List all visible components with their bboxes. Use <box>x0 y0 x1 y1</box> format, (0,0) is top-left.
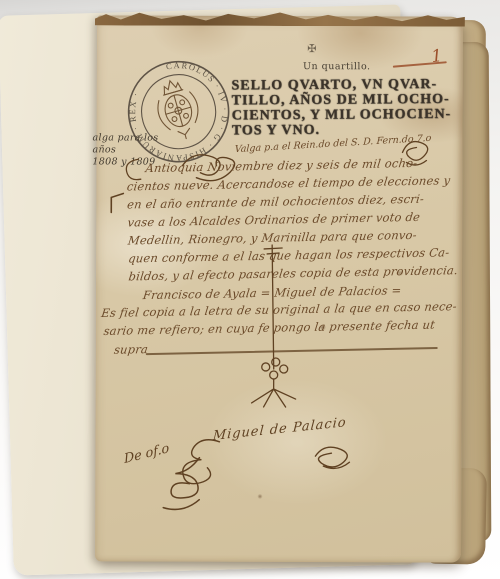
manuscript-line: cientos nueve. Acercandose el tiempo de … <box>126 173 451 193</box>
cross-flourish-doodle <box>244 241 317 429</box>
document-photo: 1 ✠ Un quartillo. SELLO QVARTO, VN QVAR-… <box>0 0 500 579</box>
document-page: 1 ✠ Un quartillo. SELLO QVARTO, VN QVAR-… <box>95 15 463 562</box>
sello-stamp-text: SELLO QVARTO, VN QVAR- TILLO, AÑOS DE MI… <box>231 76 500 138</box>
margin-bracket <box>108 191 126 215</box>
revalidation-line: alga para los años <box>92 132 182 156</box>
manuscript-line: supra <box>113 342 149 357</box>
manuscript-line: vase a los Alcaldes Ordinarios de primer… <box>127 210 421 230</box>
office-rubric <box>145 454 215 516</box>
tax-rate-line: Un quartillo. <box>267 61 407 72</box>
manuscript-line: en el año entrante de mil ochocientos di… <box>126 192 424 212</box>
printers-ornament-icon: ✠ <box>300 42 324 55</box>
signature-rubric <box>309 438 357 472</box>
